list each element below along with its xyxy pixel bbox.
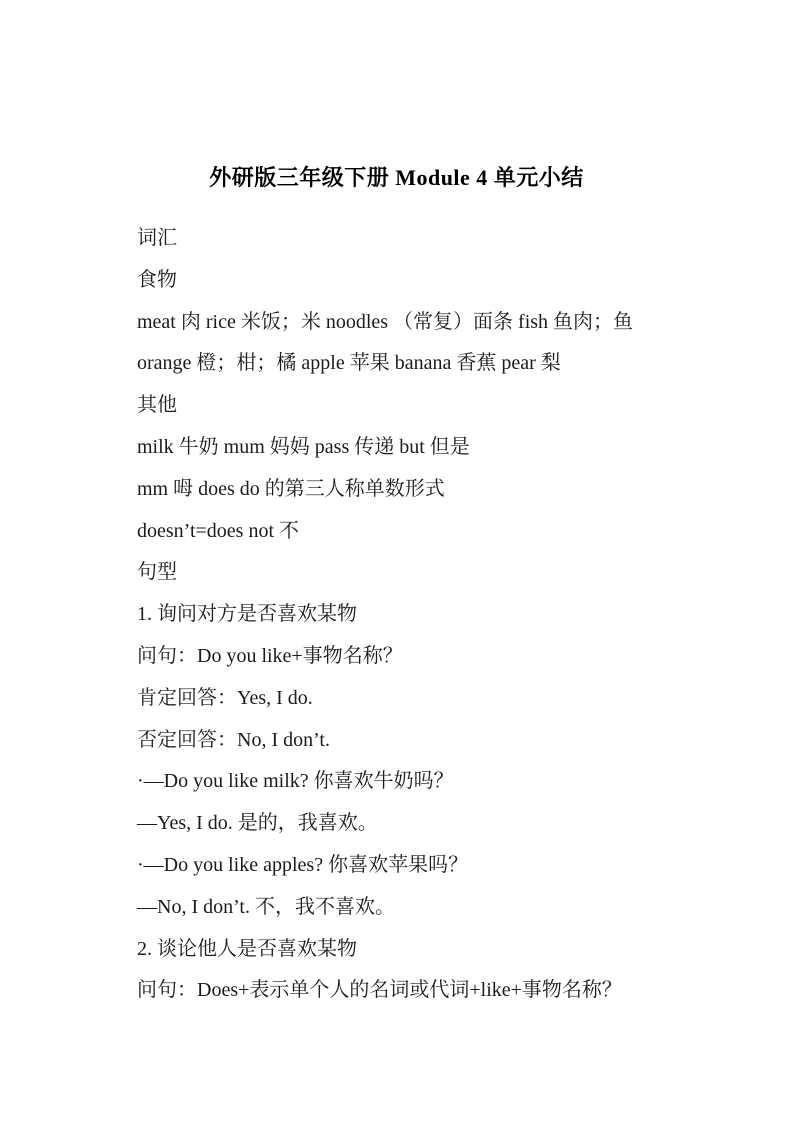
doc-line-pattern1-affirmative: 肯定回答：Yes, I do. — [137, 678, 733, 720]
doc-line-example2-question: ·—Do you like apples? 你喜欢苹果吗？ — [137, 845, 733, 887]
doc-line-other-words-3: doesn’t=does not 不 — [137, 511, 733, 553]
doc-line-pattern1-negative: 否定回答：No, I don’t. — [137, 720, 733, 762]
doc-line-food-words-1: meat 肉 rice 米饭；米 noodles （常复）面条 fish 鱼肉；… — [137, 302, 733, 344]
doc-line-vocab-heading: 词汇 — [137, 218, 733, 260]
page-title: 外研版三年级下册 Module 4 单元小结 — [0, 0, 793, 194]
doc-line-example2-answer: —No, I don’t. 不，我不喜欢。 — [137, 887, 733, 929]
document-body: 词汇 食物 meat 肉 rice 米饭；米 noodles （常复）面条 fi… — [137, 218, 733, 1012]
doc-line-example1-answer: —Yes, I do. 是的，我喜欢。 — [137, 803, 733, 845]
doc-line-example1-question: ·—Do you like milk? 你喜欢牛奶吗？ — [137, 761, 733, 803]
doc-line-pattern2-heading: 2. 谈论他人是否喜欢某物 — [137, 929, 733, 971]
doc-line-other-words-1: milk 牛奶 mum 妈妈 pass 传递 but 但是 — [137, 427, 733, 469]
doc-line-other-words-2: mm 呣 does do 的第三人称单数形式 — [137, 469, 733, 511]
doc-line-patterns-heading: 句型 — [137, 552, 733, 594]
doc-line-food-words-2: orange 橙；柑；橘 apple 苹果 banana 香蕉 pear 梨 — [137, 343, 733, 385]
doc-line-other-heading: 其他 — [137, 385, 733, 427]
doc-line-pattern1-heading: 1. 询问对方是否喜欢某物 — [137, 594, 733, 636]
doc-line-pattern2-question: 问句：Does+表示单个人的名词或代词+like+事物名称？ — [137, 970, 733, 1012]
doc-line-food-heading: 食物 — [137, 260, 733, 302]
document-page: 外研版三年级下册 Module 4 单元小结 词汇 食物 meat 肉 rice… — [0, 0, 793, 1122]
doc-line-pattern1-question: 问句：Do you like+事物名称？ — [137, 636, 733, 678]
